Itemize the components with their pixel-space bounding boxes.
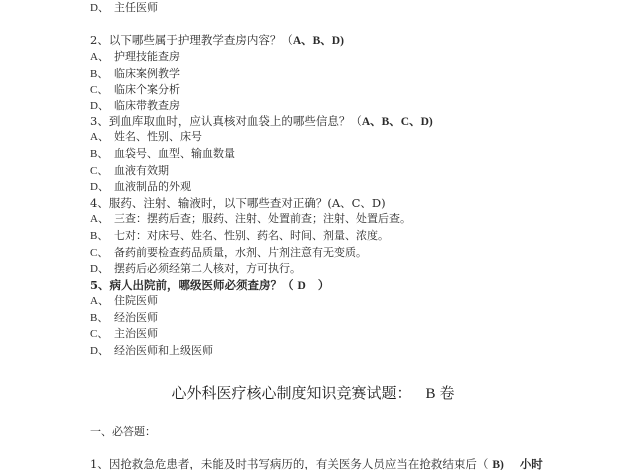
option-letter: D、 <box>90 1 114 15</box>
option-letter: C、 <box>90 164 114 178</box>
option-text: 血袋号、血型、输血数量 <box>114 147 235 160</box>
option-letter: A、 <box>90 50 114 64</box>
option-letter: C、 <box>90 246 114 260</box>
answer: D <box>298 280 306 292</box>
option-letter: B、 <box>90 67 114 81</box>
question-suffix: 小时 <box>520 457 543 470</box>
option-text: 护理技能查房 <box>114 50 180 63</box>
answer: B) <box>492 459 504 470</box>
q5-option-a: A、住院医师 <box>90 294 158 308</box>
section-heading: 一、必答题： <box>90 425 156 439</box>
q4-option-b: B、七对：对床号、姓名、性别、药名、时间、剂量、浓度。 <box>90 229 389 243</box>
q1-option-d: D、主任医师 <box>90 1 158 15</box>
option-text: 主任医师 <box>114 1 158 14</box>
option-letter: D、 <box>90 99 114 113</box>
option-text: 备药前要检查药品质量，水剂、片剂注意有无变质。 <box>114 246 367 259</box>
q3-option-b: B、血袋号、血型、输血数量 <box>90 147 235 161</box>
option-letter: D、 <box>90 344 114 358</box>
option-text: 经治医师 <box>114 311 158 324</box>
question-text: 1、因抢救急危患者，未能及时书写病历的，有关医务人员应当在抢救结束后（ <box>90 457 488 470</box>
question-text: 3、到血库取血时，应认真核对血袋上的哪些信息？（ <box>90 114 362 128</box>
option-text: 姓名、性别、床号 <box>114 130 202 143</box>
q2-option-b: B、临床案例教学 <box>90 67 180 81</box>
answer: A、B、C、D) <box>362 116 433 128</box>
option-letter: A、 <box>90 130 114 144</box>
q5-option-b: B、经治医师 <box>90 311 158 325</box>
answer: A、B、D) <box>293 35 344 47</box>
option-letter: D、 <box>90 262 114 276</box>
q3-option-d: D、血液制品的外观 <box>90 180 191 194</box>
title-suffix: 卷 <box>440 384 455 402</box>
answer: (A、C、D) <box>327 196 385 210</box>
q2-option-c: C、临床个案分析 <box>90 83 180 97</box>
question-4: 4、服药、注射、输液时，以下哪些查对正确？(A、C、D) <box>90 196 386 210</box>
option-text: 临床个案分析 <box>114 83 180 96</box>
option-text: 经治医师和上级医师 <box>114 344 213 357</box>
option-letter: B、 <box>90 229 114 243</box>
option-letter: A、 <box>90 212 114 226</box>
question-text: 5、病人出院前，哪级医师必须查房？（ <box>90 278 294 292</box>
q2-option-a: A、护理技能查房 <box>90 50 180 64</box>
title-text: 心外科医疗核心制度知识竞赛试题： <box>171 384 411 402</box>
option-letter: C、 <box>90 327 114 341</box>
option-text: 临床带教查房 <box>114 99 180 112</box>
option-letter: B、 <box>90 311 114 325</box>
option-letter: B、 <box>90 147 114 161</box>
q5-option-d: D、经治医师和上级医师 <box>90 344 213 358</box>
option-text: 住院医师 <box>114 294 158 307</box>
option-letter: C、 <box>90 83 114 97</box>
q2-option-d: D、临床带教查房 <box>90 99 180 113</box>
q4-option-c: C、备药前要检查药品质量，水剂、片剂注意有无变质。 <box>90 246 367 260</box>
option-text: 主治医师 <box>114 327 158 340</box>
title-letter: B <box>425 386 435 402</box>
q3-option-c: C、血液有效期 <box>90 164 169 178</box>
q5-option-c: C、主治医师 <box>90 327 158 341</box>
option-text: 临床案例教学 <box>114 67 180 80</box>
option-text: 摆药后必须经第二人核对，方可执行。 <box>114 262 301 275</box>
question-5: 5、病人出院前，哪级医师必须查房？（D） <box>90 278 329 293</box>
exam-title: 心外科医疗核心制度知识竞赛试题：B卷 <box>0 383 626 404</box>
question-text: 4、服药、注射、输液时，以下哪些查对正确？ <box>90 196 327 210</box>
question-2: 2、以下哪些属于护理教学查房内容？（A、B、D) <box>90 33 344 48</box>
option-text: 血液有效期 <box>114 164 169 177</box>
q4-option-a: A、三查：摆药后查；服药、注射、处置前查；注射、处置后查。 <box>90 212 411 226</box>
question-b1: 1、因抢救急危患者，未能及时书写病历的，有关医务人员应当在抢救结束后（B)小时 <box>90 457 543 470</box>
option-text: 七对：对床号、姓名、性别、药名、时间、剂量、浓度。 <box>114 229 389 242</box>
question-suffix: ） <box>318 278 330 292</box>
question-text: 2、以下哪些属于护理教学查房内容？（ <box>90 33 293 47</box>
question-3: 3、到血库取血时，应认真核对血袋上的哪些信息？（A、B、C、D) <box>90 114 433 129</box>
q3-option-a: A、姓名、性别、床号 <box>90 130 202 144</box>
option-letter: A、 <box>90 294 114 308</box>
q4-option-d: D、摆药后必须经第二人核对，方可执行。 <box>90 262 301 276</box>
option-text: 血液制品的外观 <box>114 180 191 193</box>
option-text: 三查：摆药后查；服药、注射、处置前查；注射、处置后查。 <box>114 212 411 225</box>
option-letter: D、 <box>90 180 114 194</box>
